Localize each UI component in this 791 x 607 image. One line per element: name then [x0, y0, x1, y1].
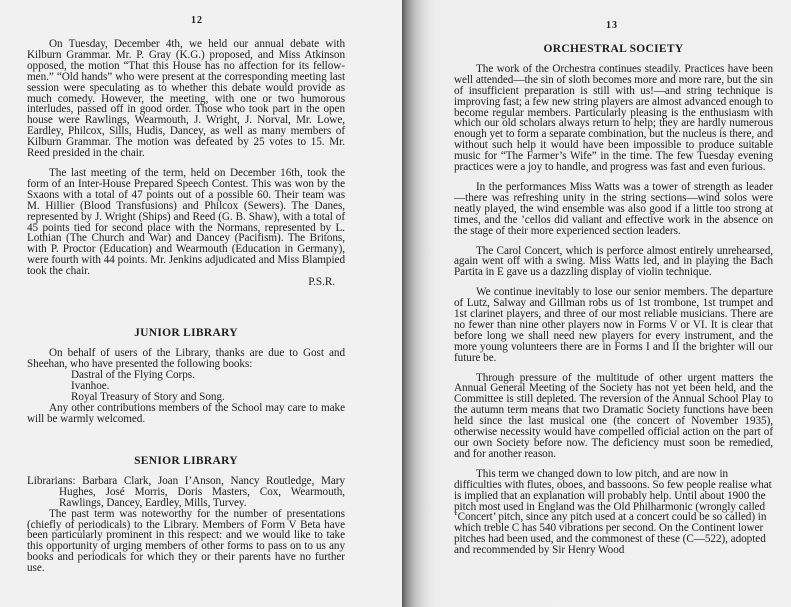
orchestral-paragraph: In the performances Miss Watts was a tow…	[454, 182, 773, 237]
senior-library-librarians: Librarians: Barbara Clark, Joan I’Anson,…	[27, 476, 345, 509]
orchestral-paragraph: Through pressure of the multitude of oth…	[454, 373, 773, 460]
debate-section: On Tuesday, December 4th, we held our an…	[27, 39, 345, 288]
orchestral-paragraph: The work of the Orchestra continues stea…	[454, 64, 773, 173]
senior-library-section: SENIOR LIBRARY Librarians: Barbara Clark…	[27, 456, 345, 574]
junior-library-section: JUNIOR LIBRARY On behalf of users of the…	[27, 328, 345, 425]
book-list: Dastral of the Flying Corps. Ivanhoe. Ro…	[27, 370, 345, 403]
junior-library-heading: JUNIOR LIBRARY	[27, 328, 345, 339]
orchestral-society-section: ORCHESTRAL SOCIETY The work of the Orche…	[454, 44, 773, 556]
book-item: Dastral of the Flying Corps.	[71, 370, 345, 381]
junior-library-intro: On behalf of users of the Library, thank…	[27, 348, 345, 370]
orchestral-paragraph: This term we changed down to low pitch, …	[454, 469, 773, 556]
debate-paragraph: The last meeting of the term, held on De…	[27, 168, 345, 277]
left-page: 12 On Tuesday, December 4th, we held our…	[0, 0, 403, 607]
debate-signature: P.S.R.	[27, 277, 345, 288]
right-page: 13 ORCHESTRAL SOCIETY The work of the Or…	[403, 0, 791, 607]
page-number-right: 13	[606, 20, 618, 31]
page-number-left: 12	[191, 15, 203, 26]
orchestral-society-heading: ORCHESTRAL SOCIETY	[454, 44, 773, 55]
senior-library-heading: SENIOR LIBRARY	[27, 456, 345, 467]
orchestral-paragraph: We continue inevitably to lose our senio…	[454, 287, 773, 363]
debate-paragraph: On Tuesday, December 4th, we held our an…	[27, 39, 345, 159]
senior-library-body: The past term was noteworthy for the num…	[27, 509, 345, 574]
junior-library-closing: Any other contributions members of the S…	[27, 403, 345, 425]
orchestral-paragraph: The Carol Concert, which is perforce alm…	[454, 246, 773, 279]
